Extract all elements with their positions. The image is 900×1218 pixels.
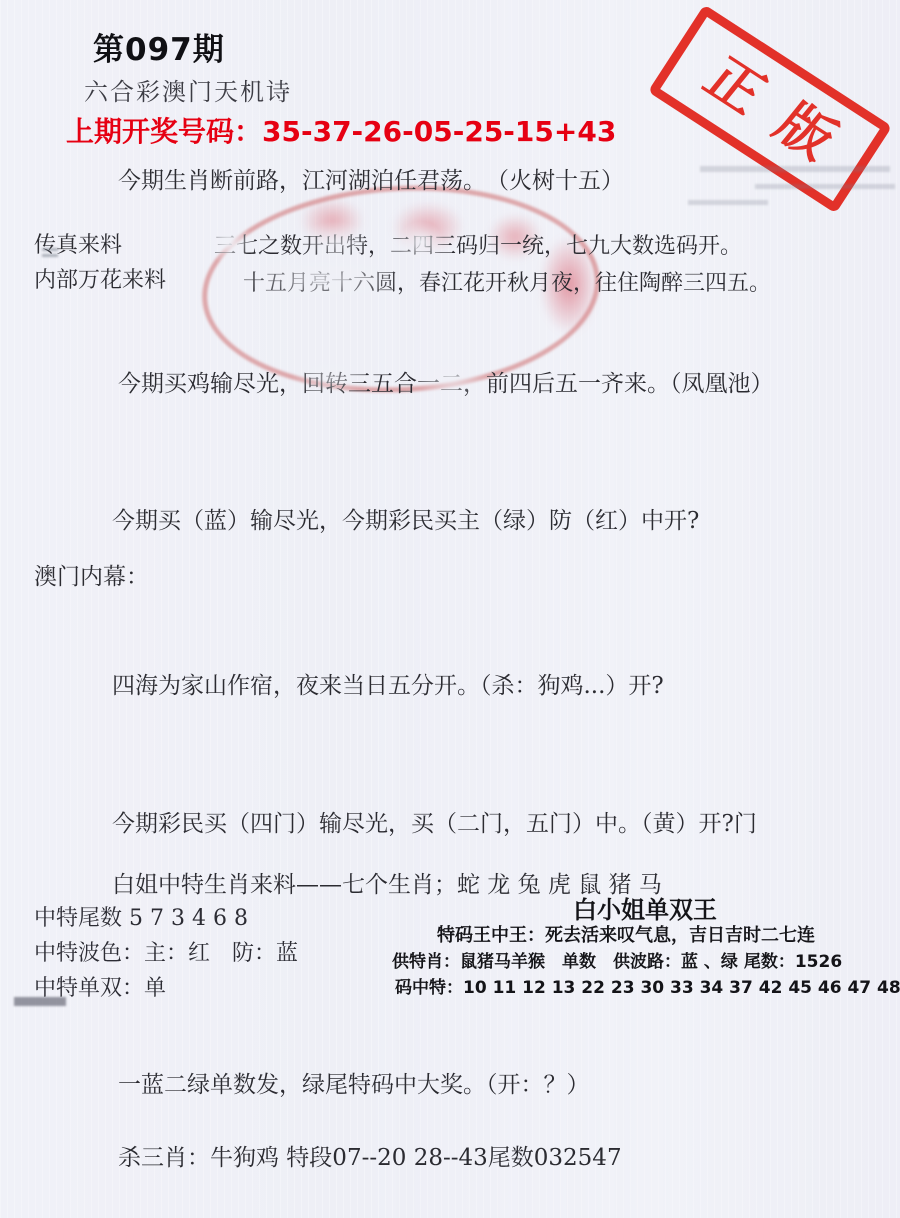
internal-material-label: 内部万花来料	[34, 263, 166, 294]
poem-phoenix-pool: 今期买鸡输尽光，回转三五合一二，前四后五一齐来。（凤凰池）	[118, 365, 774, 398]
authentic-stamp: 正版	[648, 4, 893, 213]
poem-blue-green-red: 今期买（蓝）输尽光，今期彩民买主（绿）防（红）中开?	[112, 502, 699, 535]
authentic-stamp-text: 正版	[695, 50, 870, 184]
series-title: 六合彩澳门天机诗	[84, 72, 292, 107]
panel-special-king-line: 特码王中王：死去活来叹气息，吉日吉时二七连	[437, 921, 815, 947]
poem-green-tail: 一蓝二绿单数发，绿尾特码中大奖。（开：？）	[118, 1066, 590, 1099]
panel-code-numbers-line: 码中特：10 11 12 13 22 23 30 33 34 37 42 45 …	[395, 973, 900, 998]
lottery-tip-sheet: 第097期 六合彩澳门天机诗 上期开奖号码：35-37-26-05-25-15+…	[0, 0, 900, 1218]
poem-four-gates: 今期彩民买（四门）输尽光，买（二门，五门）中。（黄）开?门	[112, 805, 757, 838]
stat-tail-numbers: 中特尾数 5 7 3 4 6 8	[34, 901, 248, 932]
poem-fire-tree: 今期生肖断前路，江河湖泊任君荡。 （火树十五）	[118, 162, 624, 195]
stat-wave-color: 中特波色：主：红 防：蓝	[34, 936, 298, 967]
last-draw-result: 上期开奖号码：35-37-26-05-25-15+43	[66, 110, 616, 150]
toner-smudge	[688, 200, 768, 205]
fax-material-label: 传真来料	[34, 228, 122, 259]
panel-zodiac-wave-line: 供特肖：鼠猪马羊猴 单数 供波路：蓝 、绿 尾数：1526	[392, 947, 842, 972]
panel-title-odd-even-king: 白小姐单双王	[573, 890, 717, 925]
internal-material-text: 十五月亮十六圆，春江花开秋月夜，往住陶醉三四五。	[243, 266, 771, 297]
macau-insider-label: 澳门内幕：	[34, 558, 149, 591]
stat-odd-even: 中特单双：单	[34, 971, 166, 1002]
issue-number-title: 第097期	[93, 24, 225, 69]
poem-four-seas: 四海为家山作宿，夜来当日五分开。（杀：狗鸡...）开?	[112, 667, 664, 700]
fax-material-text: 三七之数开出特，二四三码归一统，七九大数选码开。	[214, 229, 742, 260]
kill-three-zodiac-line: 杀三肖：牛狗鸡 特段07--20 28--43尾数032547	[118, 1139, 622, 1172]
